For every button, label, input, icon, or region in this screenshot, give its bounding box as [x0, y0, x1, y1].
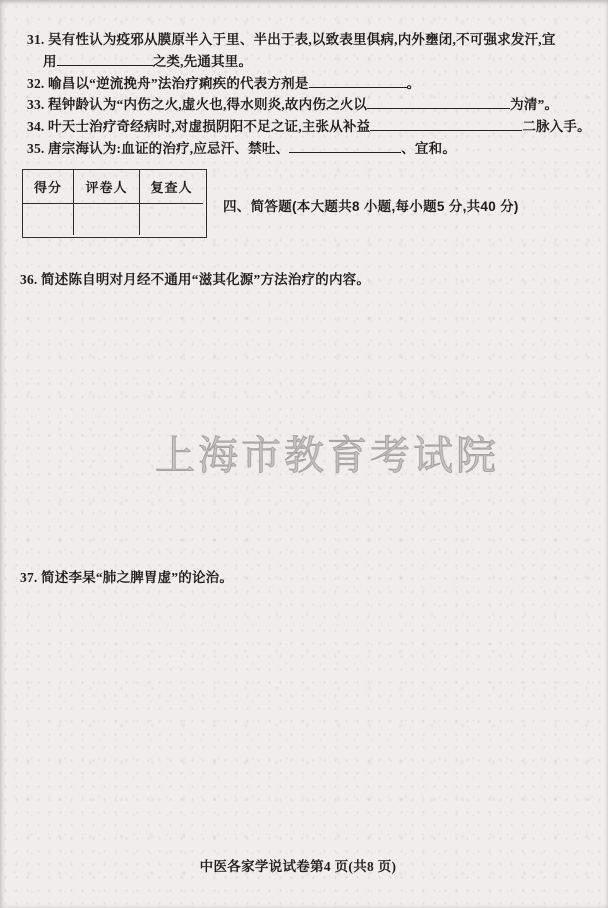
question-35: 35. 唐宗海认为:血证的治疗,应忌汗、禁吐、、宜和。	[27, 138, 593, 160]
question-31-line-1: 31. 吴有性认为疫邪从膜原半入于里、半出于表,以致表里俱病,内外壅闭,不可强求…	[27, 29, 593, 51]
question-31-text-pre: 用	[43, 54, 57, 69]
question-32: 32. 喻昌以“逆流挽舟”法治疗痢疾的代表方剂是。	[27, 73, 593, 95]
score-table-cell-grader	[74, 204, 140, 235]
question-35-text-pre: 35. 唐宗海认为:血证的治疗,应忌汗、禁吐、	[27, 141, 289, 156]
question-34-text-pre: 34. 叶天士治疗奇经病时,对虚损阴阳不足之证,主张从补益	[27, 119, 370, 134]
question-31-text-post: 之类,先通其里。	[153, 54, 252, 69]
question-33-text-pre: 33. 程钟龄认为“内伤之火,虚火也,得水则炎,故内伤之火以	[27, 97, 367, 112]
question-31-text: 31. 吴有性认为疫邪从膜原半入于里、半出于表,以致表里俱病,内外壅闭,不可强求…	[27, 32, 556, 47]
score-table-cell-score	[23, 204, 74, 235]
score-table-header-reviewer: 复查人	[140, 170, 203, 204]
question-34-text-post: 二脉入手。	[522, 119, 591, 134]
answer-blank-31	[57, 53, 153, 66]
score-table-header-score: 得分	[23, 170, 74, 204]
answer-blank-35	[289, 140, 401, 153]
question-36: 36. 简述陈自明对月经不通用“滋其化源”方法治疗的内容。	[20, 268, 370, 288]
question-37: 37. 简述李杲“肺之脾胃虚”的论治。	[20, 566, 233, 586]
score-table: 得分 评卷人 复查人	[22, 169, 207, 238]
page-footer: 中医各家学说试卷第4 页(共8 页)	[0, 855, 602, 875]
exam-page: 31. 吴有性认为疫邪从膜原半入于里、半出于表,以致表里俱病,内外壅闭,不可强求…	[0, 0, 608, 908]
question-33-text-post: 为清”。	[510, 97, 558, 112]
answer-blank-34	[370, 118, 522, 131]
watermark: 上海市教育考试院	[155, 424, 499, 481]
score-table-header-grader: 评卷人	[74, 170, 140, 204]
question-32-text-pre: 32. 喻昌以“逆流挽舟”法治疗痢疾的代表方剂是	[27, 76, 309, 91]
question-35-text-post: 、宜和。	[401, 141, 456, 156]
fill-in-questions-section: 31. 吴有性认为疫邪从膜原半入于里、半出于表,以致表里俱病,内外壅闭,不可强求…	[27, 29, 593, 160]
section-heading: 四、简答题(本大题共8 小题,每小题5 分,共40 分)	[223, 197, 553, 217]
answer-blank-33	[367, 96, 510, 109]
question-33: 33. 程钟龄认为“内伤之火,虚火也,得水则炎,故内伤之火以为清”。	[27, 94, 593, 116]
score-table-cell-reviewer	[140, 204, 203, 235]
question-34: 34. 叶天士治疗奇经病时,对虚损阴阳不足之证,主张从补益二脉入手。	[27, 116, 593, 138]
question-32-text-post: 。	[407, 76, 421, 91]
answer-blank-32	[309, 75, 407, 88]
question-31-line-2: 用之类,先通其里。	[27, 51, 593, 73]
